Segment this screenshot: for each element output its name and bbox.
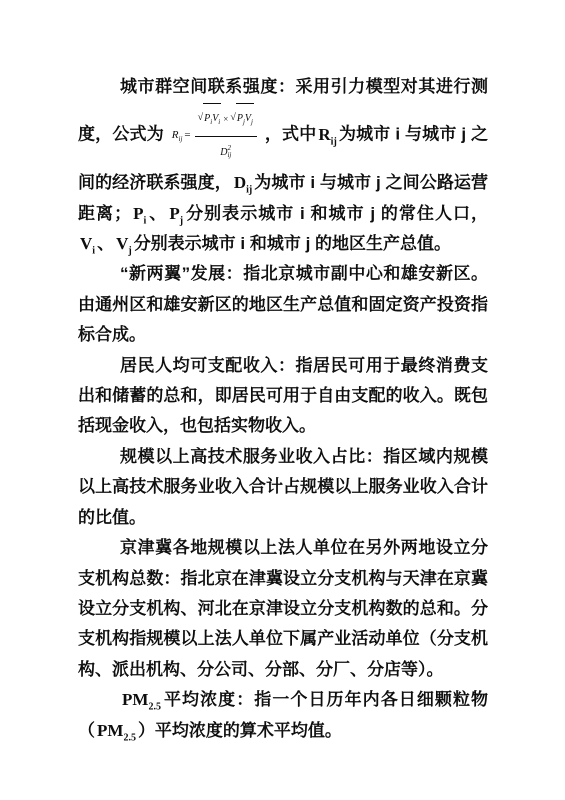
sqrt-right: √PjVj [230,103,254,134]
math-variable: Pj [169,204,183,223]
para-branch-institutions: 京津冀各地规模以上法人单位在另外两地设立分支机构总数：指北京在津冀设立分支机构与… [78,533,488,685]
sqrt-left: √PiVi [198,103,222,134]
math-variable: Rij [318,125,336,144]
formula-fraction: √PiVi × √PjVj D2ij [195,102,257,168]
equals-sign: = [184,129,190,141]
math-variable: Pi [133,204,146,223]
para-new-two-wings: “新两翼”发展：指北京城市副中心和雄安新区。由通州区和雄安新区的地区生产总值和固… [78,259,488,350]
formula-numerator: √PiVi × √PjVj [195,102,257,136]
document-page: 城市群空间联系强度：采用引力模型对其进行测度，公式为 Rij= √PiVi × … [0,0,565,800]
para-urban-agglomeration-linkage: 城市群空间联系强度：采用引力模型对其进行测度，公式为 Rij= √PiVi × … [78,72,488,259]
para-disposable-income: 居民人均可支配收入：指居民可用于最终消费支出和储蓄的总和，即居民可用于自由支配的… [78,351,488,442]
formula-denominator: D2ij [220,137,231,168]
para-pm25-concentration: PM2.5平均浓度：指一个日历年内各日细颗粒物（PM2.5）平均浓度的算术平均值… [78,685,488,746]
math-variable: Vi [80,234,95,253]
formula-lhs: Rij= [172,120,191,150]
gravity-model-formula: Rij= √PiVi × √PjVj D2ij [172,102,257,168]
document-body: 城市群空间联系强度：采用引力模型对其进行测度，公式为 Rij= √PiVi × … [78,72,488,746]
math-variable: Vj [116,234,132,253]
math-variable: PM2.5 [97,721,136,740]
para-high-tech-service-revenue: 规模以上高技术服务业收入占比：指区域内规模以上高技术服务业收入合计占规模以上服务… [78,442,488,533]
multiply-sign: × [223,104,228,134]
math-variable: Dij [234,173,252,192]
math-variable: PM2.5 [122,690,161,709]
